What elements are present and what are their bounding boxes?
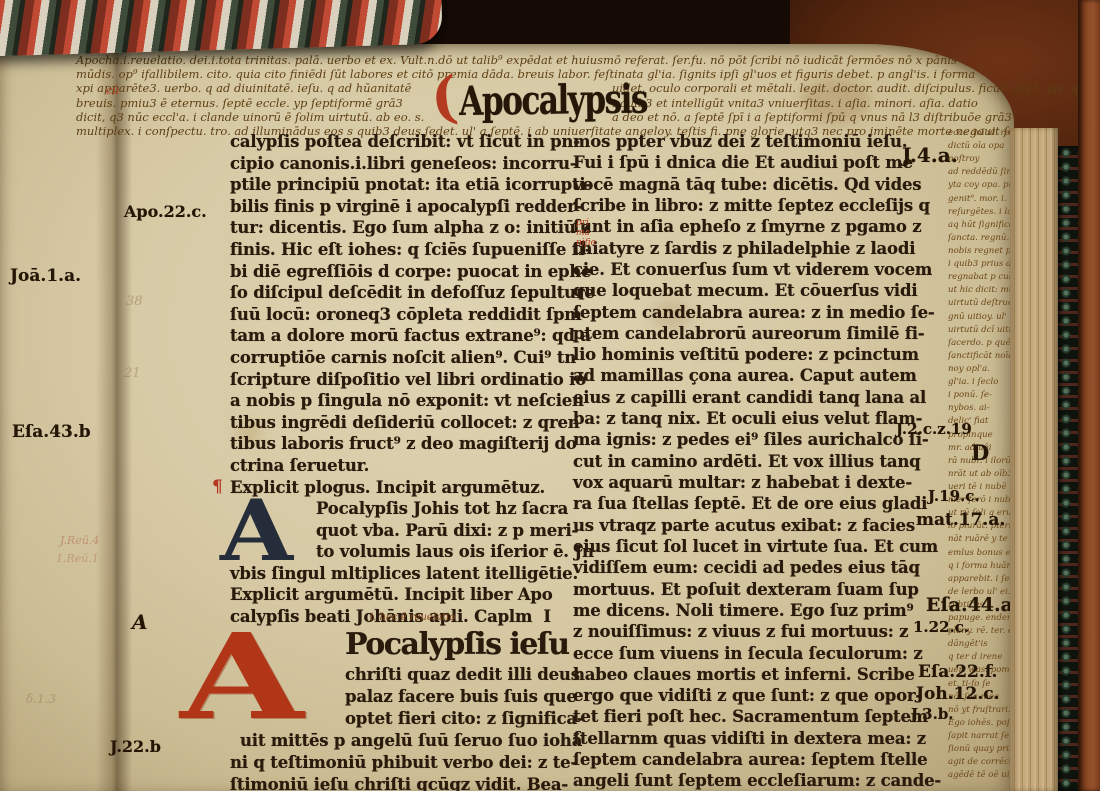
handwritten-note-line: Ego iohēs. poſt phe- <box>948 717 1012 730</box>
printed-line: ptem candelabrorū aureorum ſimilē fi- <box>573 323 945 344</box>
printed-line: ptile principiū pnotat: ita etiā icorrup… <box>230 174 575 196</box>
show-through-text: δ.1.3 <box>26 692 56 706</box>
handwritten-note-line: regnabat p culpā. ut <box>948 271 1012 284</box>
printed-line: ctrina ſeruetur. <box>230 455 575 477</box>
handwritten-note-line: nrāt ut ab oīb3 poſſe- <box>948 468 1012 481</box>
printed-line: palaz facere buis ſuis que <box>230 686 590 708</box>
printed-line: ra ſua ſtellas ſeptē. Et de ore eius gla… <box>573 493 945 514</box>
margin-ref-esa-22-f: Eſa.22.f. <box>918 662 997 682</box>
chapter-opening-block: Pocalypſis ieſuchriſti quaz dedit illi d… <box>230 628 590 791</box>
handwritten-note-line: i ponū. ſe- <box>948 389 1012 402</box>
printed-line: ſeptem candelabra aurea: ſeptem ſtelle <box>573 749 945 770</box>
printed-line: ſeptem candelabra aurea: z in medio ſe- <box>573 302 945 323</box>
printed-line: ſo diſcipul deſcēdit in defoſſuz ſepultu… <box>230 282 575 304</box>
handwritten-note-line: ſionū quay prima <box>948 743 1012 756</box>
handwritten-note-line: gl'ia. i ſeclo <box>948 376 1012 389</box>
printed-line: corruptiōe carnis noſcit alien⁹. Cui⁹ tn <box>230 347 575 369</box>
printed-line: ergo que vidiſti z que ſunt: z que opor- <box>573 685 945 706</box>
printed-line: tam a dolore morū factus extrane⁹: qd a <box>230 325 575 347</box>
handwritten-note-line: dāngēt'is <box>948 638 1012 651</box>
printed-line: ba: z tanq nix. Et oculi eius velut flam… <box>573 408 945 429</box>
printed-line: finis. Hic eſt iohes: q ſciēs ſupueniſſe… <box>230 239 575 261</box>
handwritten-note-line: emlus bonus et mal' <box>948 547 1012 560</box>
decorated-cover-edge <box>1058 146 1078 791</box>
printed-line: lio hominis veſtitū podere: z pcinctum <box>573 344 945 365</box>
margin-ref-esa-44-a: Eſa.44.a <box>926 594 1013 616</box>
printed-line: ni q teſtimoniū phibuit verbo dei: z te- <box>230 752 590 774</box>
printed-line: vidiſſem eum: cecidi ad pedes eius tāq <box>573 557 945 578</box>
printed-line: ad mamillas çona aurea. Caput autem <box>573 365 945 386</box>
lombard-initial-d: D <box>971 440 989 465</box>
printed-line: tibus ingrēdi deſideriū collocet: z qren <box>230 412 575 434</box>
printed-line: ſunt in aſia epheſo z ſmyrne z pgamo z <box>573 216 945 237</box>
handwritten-note-line: nāt ruārē y te gunt- <box>948 533 1012 546</box>
margin-ref-j-19-c: J.19.c. <box>928 487 980 505</box>
printed-line: ſuū locū: oroneq3 cōpleta reddidit ſpm <box>230 304 575 326</box>
fore-edge-page-stack <box>1010 128 1058 791</box>
printed-line: ecce ſum viuens in ſecula ſeculorum: z <box>573 643 945 664</box>
printed-line: vocē magnā tāq tube: dicētis. Qd vides <box>573 174 945 195</box>
handwritten-note-line: ſacerdo. p quē <box>948 337 1012 350</box>
page-title: Apocalypsis <box>459 75 647 125</box>
printed-line: ſtimoniū ieſu chriſti qcūqz vidit. Bea- <box>230 774 590 791</box>
printed-line: que loquebat mecum. Et cōuerſus vidi <box>573 280 945 301</box>
red-ink-margin-note: pri ma nifio <box>576 218 596 248</box>
handwritten-note-line: ecce dnī ul' regis ſit im <box>948 127 1012 140</box>
handwritten-note-line: ſapit narrat ſeptē ui <box>948 730 1012 743</box>
annotation-segment-left: dicit, q3 nūc eccl'a. i clande uinorū ē … <box>76 110 424 124</box>
margin-ref-apo-22-c: Apo.22.c. <box>124 202 207 221</box>
handwritten-note-line: aq hūt ſignificāa3 oīa <box>948 219 1012 232</box>
margin-ref-joh-12-c: Joh.12.c. <box>916 684 1000 704</box>
printed-line: us vtraqz parte acutus exibat: z facies <box>573 515 945 536</box>
annotation-segment-right: a deo et nō. a ſeptē ſpī i a ſeptiformi … <box>612 110 1012 124</box>
annotation-segment-left: Apocha.i.reuelatio. dei.i.tota trinitas.… <box>76 53 957 67</box>
printed-line: Explicit argumētū. Incipit liber Apo <box>230 584 575 606</box>
handwritten-note-line: agit de corrēctōe et iō <box>948 756 1012 769</box>
annotation-segment-right: uidet. oculo corporali et mētali. legit.… <box>612 81 1100 95</box>
book-photograph: Apocha.i.reuelatio. dei.i.tota trinitas.… <box>0 0 1100 791</box>
printed-line: z nouiſſimus: z viuus z fui mortuus: z <box>573 621 945 642</box>
annotation-segment-right: i quib3 et intelligūt vnita3 vniuerſitas… <box>612 96 978 110</box>
rubric-bracket-mark: ( <box>428 69 460 127</box>
printed-line: habeo claues mortis et inferni. Scribe <box>573 664 945 685</box>
margin-ref-j-4-a: J.4.a. <box>902 143 958 167</box>
annotation-segment-left: breuis. pmiu3 ē eternus. ſeptē eccle. yp… <box>76 96 403 110</box>
printed-line: cie. Et conuerſus ſum vt viderem vocem <box>573 259 945 280</box>
handwritten-note-line: ſancta. regnū. ut in <box>948 232 1012 245</box>
printed-line: eius ſicut ſol lucet in virtute ſua. Et … <box>573 536 945 557</box>
margin-ref-1-22-c: 1.22.c. <box>913 618 969 636</box>
annotation-segment-left: xpi apparēte3. uerbo. q ad diuinitatē. i… <box>76 81 411 95</box>
handwritten-note-line: genit⁹. mor. i. prim⁹ iē <box>948 193 1012 206</box>
handwritten-note-line: ad reddēdū ſingulis ſe- <box>948 166 1012 179</box>
handwritten-note-line: ſanctificāt noīa <box>948 350 1012 363</box>
printed-line: tibus laboris fruct⁹ z deo magiſterij do <box>230 433 575 455</box>
printed-line: ſcripture diſpoſitio vel libri ordinatio… <box>230 369 575 391</box>
printed-line: ma ignis: z pedes ei⁹ ſiles aurichalco ſ… <box>573 429 945 450</box>
handwritten-note-line: uirtutū deſtruēdo re- <box>948 297 1012 310</box>
printed-line: Fui i ſpū i dnica die Et audiui poſt me <box>573 152 945 173</box>
printed-line: bi diē egreſſiōis d corpe: puocat in eph… <box>230 261 575 283</box>
printed-line: optet fieri cito: z ſignifica- <box>230 708 590 730</box>
printed-line: a nobis p ſingula nō exponit: vt neſcien <box>230 390 575 412</box>
handwritten-note-line: nobis regnet p grā3 <box>948 245 1012 258</box>
printed-line: uit mittēs p angelū ſuū ſeruo ſuo iohā <box>230 730 590 752</box>
printed-line: bilis finis p virginē i apocalypſi redde… <box>230 196 575 218</box>
printed-line: ſtellarnm quas vidiſti in dextera mea: z <box>573 728 945 749</box>
handwritten-note-line: uirtutū dcī uitior <box>948 324 1012 337</box>
printed-line: eius z capilli erant candidi tanq lana a… <box>573 387 945 408</box>
printed-line: Pocalypſis ieſu <box>230 628 590 664</box>
margin-ref-mat-17-a: mat.17.a. <box>916 510 1005 530</box>
printed-line: tur: dicentis. Ego ſum alpha z o: initiū… <box>230 217 575 239</box>
margin-ref-esa-43-b: Eſa.43.b <box>12 422 91 442</box>
printed-line: mortuus. Et poſuit dexteram ſuam ſup <box>573 579 945 600</box>
handwritten-note-line: q i forma huāna <box>948 560 1012 573</box>
margin-letter-a: A <box>132 610 148 634</box>
show-through-text: 21 <box>124 366 141 381</box>
printed-line: thiatyre z ſardis z philadelphie z laodi <box>573 238 945 259</box>
prologue-initial-letter: A <box>220 489 293 573</box>
printed-line: angeli ſunt ſeptem eccleſiarum: z cande- <box>573 770 945 791</box>
margin-ref-j-22-b: J.22.b <box>110 737 161 756</box>
right-text-column: mos ppter vbuz dei z teſtimoniū ieſu.Fui… <box>573 131 945 791</box>
printed-line: me dicens. Noli timere. Ego ſuz prim⁹ <box>573 600 945 621</box>
red-ink-gloss: cū <box>106 84 119 97</box>
printed-line: chriſti quaz dedit illi deus <box>230 664 590 686</box>
printed-line: cipio canonis.i.libri geneſeos: incorru- <box>230 153 575 175</box>
interlinear-gloss: i. hec ē reuelatio <box>370 612 455 623</box>
margin-ref-j-2-c-19: J.2.c.z.19 <box>896 420 972 438</box>
handwritten-note-line: apparebit. i ſed euīs <box>948 573 1012 586</box>
handwritten-note-line: agēdē tē oē uiſū <box>948 769 1012 782</box>
printed-line: ſcribe in libro: z mitte ſeptez eccleſij… <box>573 195 945 216</box>
printed-line: mos ppter vbuz dei z teſtimoniū ieſu. <box>573 131 945 152</box>
handwritten-note-line: reſurgētes. i lanqui- <box>948 206 1012 219</box>
show-through-text: J.Reū.4 <box>60 534 99 547</box>
margin-ref-joa-1-a: Joā.1.a. <box>10 266 81 286</box>
margin-ref-j-3-b: J.3.b. <box>911 705 954 723</box>
printed-line: vox aquarū multar: z habebat i dexte- <box>573 472 945 493</box>
handwritten-note-line: nybos. ai- <box>948 402 1012 415</box>
show-through-text: 1.Reū.1 <box>56 552 99 565</box>
handwritten-note-line: noy opl'a. <box>948 363 1012 376</box>
handwritten-note-line: ut hic dicit: mult' reg <box>948 284 1012 297</box>
leather-cover-right <box>1078 0 1100 791</box>
printed-line: tet fieri poſt hec. Sacramentum ſeptem <box>573 706 945 727</box>
handwritten-note-line: nō yt fruſtrari. <box>948 704 1012 717</box>
handwritten-note-line: i quib3 prius diabol' <box>948 258 1012 271</box>
handwritten-annotation-line: Apocha.i.reuelatio. dei.i.tota trinitas.… <box>76 53 1028 67</box>
handwritten-note-line: gnū uitioy. ul' regēs <box>948 311 1012 324</box>
printed-line: calypſis poſtea deſcribit: vt ſicut in p… <box>230 131 575 153</box>
printed-line: cut in camino ardēti. Et vox illius tanq <box>573 451 945 472</box>
gutter-fold <box>96 44 132 791</box>
show-through-text: 38 <box>126 294 143 309</box>
handwritten-note-line: yta coy opa. primo- <box>948 179 1012 192</box>
